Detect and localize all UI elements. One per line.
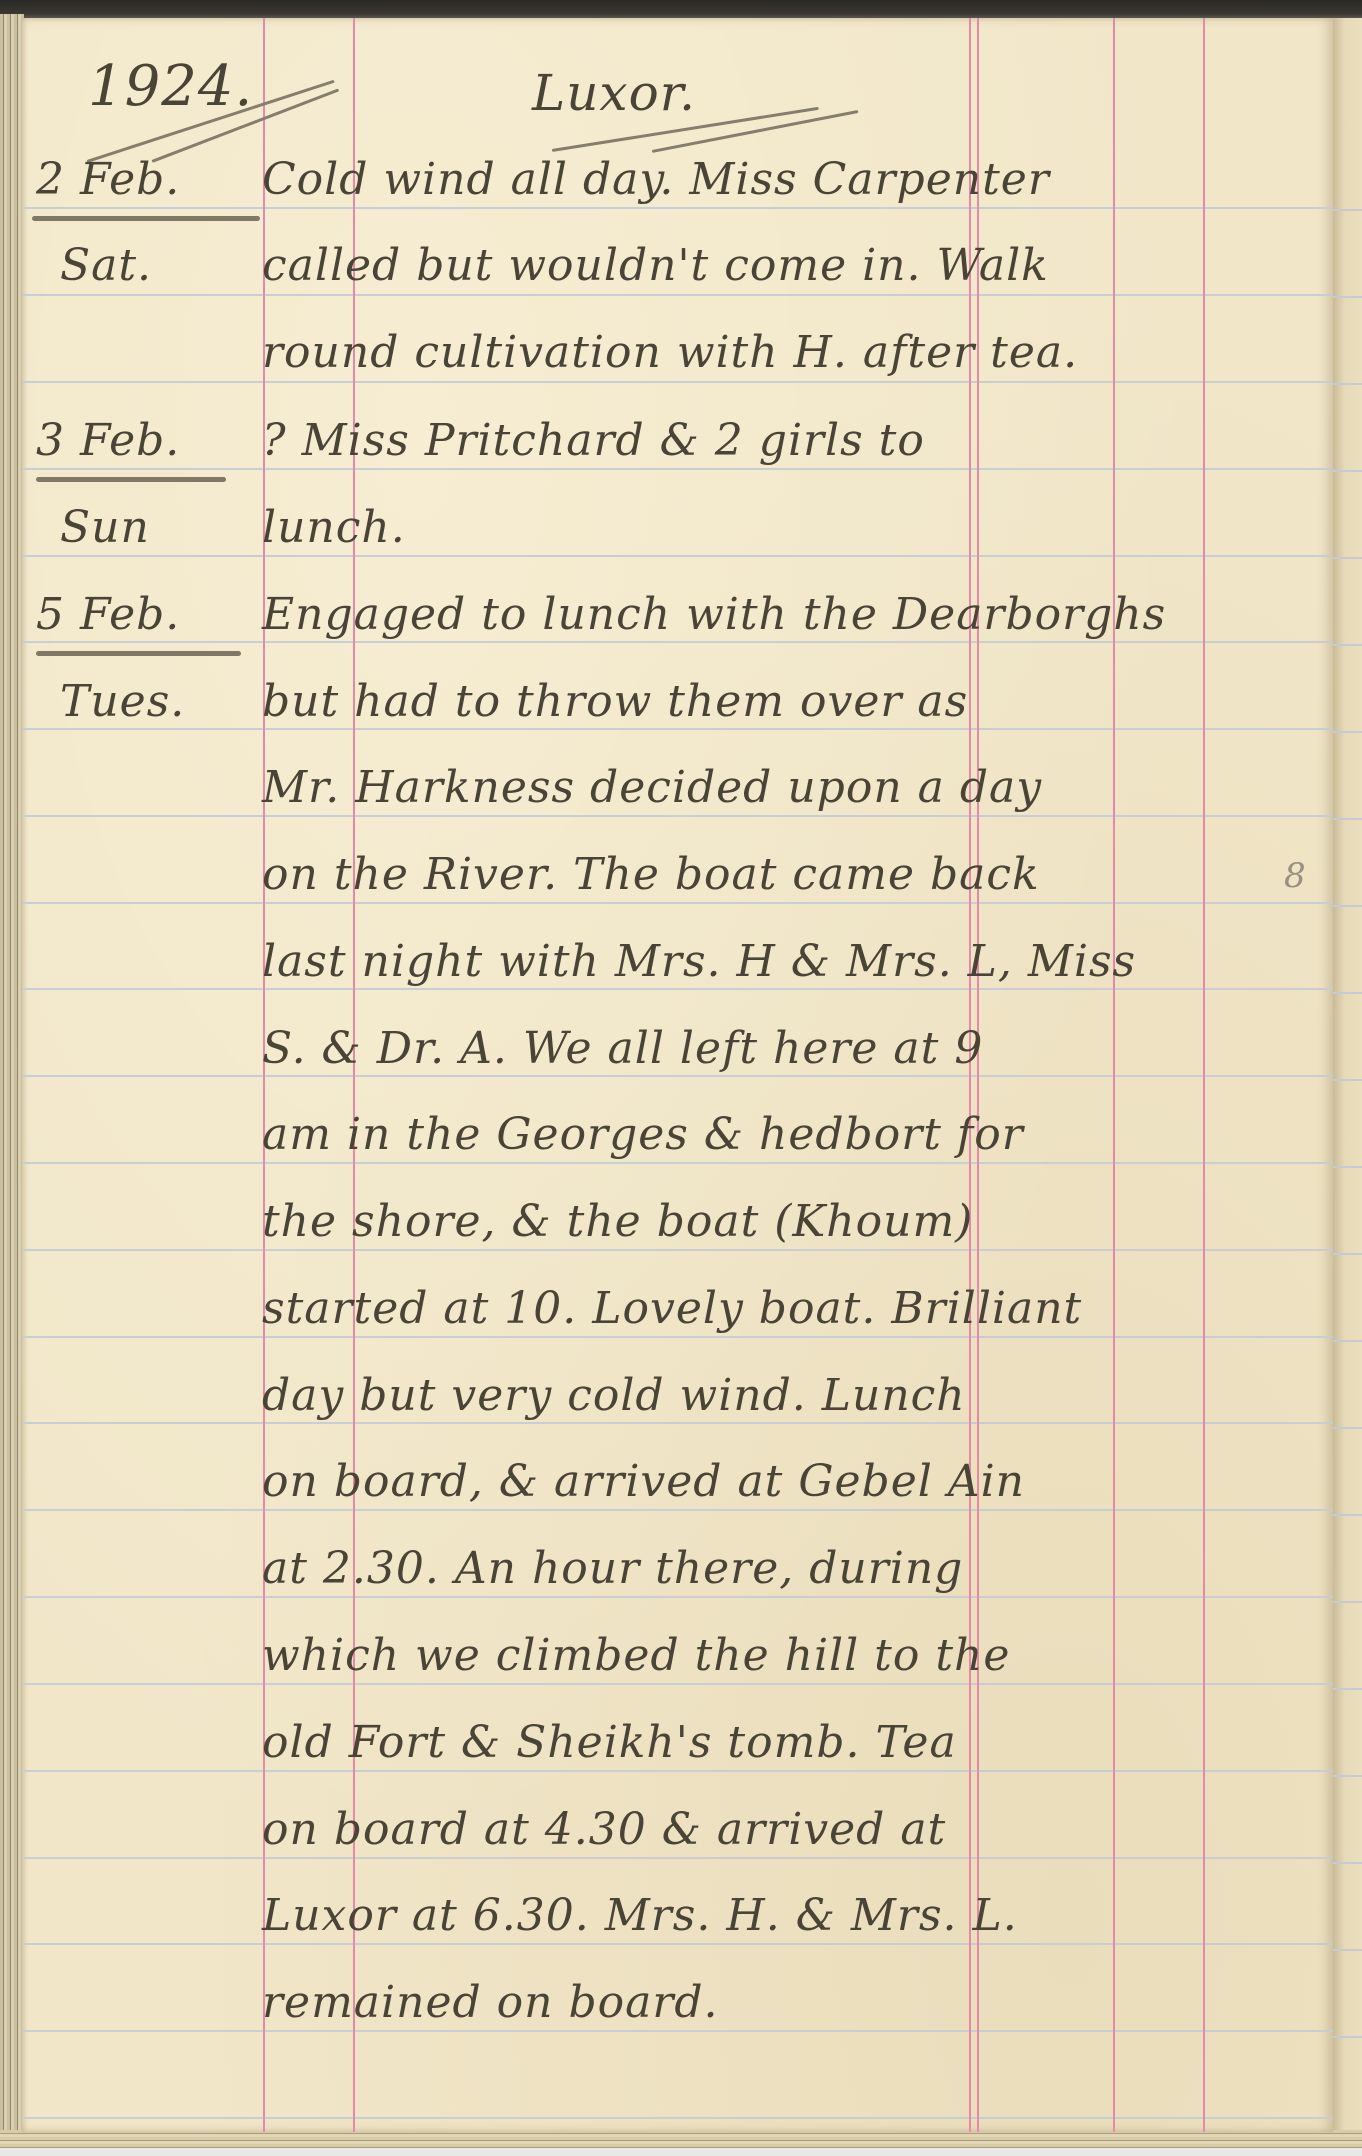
margin-rule xyxy=(1203,18,1205,2132)
ruled-line xyxy=(22,1770,1333,1772)
ruled-line xyxy=(22,1509,1333,1511)
text-line: S. & Dr. A. We all left here at 9 xyxy=(262,1023,983,1074)
text-line: started at 10. Lovely boat. Brilliant xyxy=(262,1283,1082,1334)
ruled-line xyxy=(22,1249,1333,1251)
text-line: lunch. xyxy=(262,502,406,553)
text-line: on board at 4.30 & arrived at xyxy=(262,1804,946,1855)
text-line: old Fort & Sheikh's tomb. Tea xyxy=(262,1717,957,1768)
text-line: on board, & arrived at Gebel Ain xyxy=(262,1456,1025,1507)
ruled-line xyxy=(22,1422,1333,1424)
text-line: called but wouldn't come in. Walk xyxy=(262,240,1049,291)
text-line: round cultivation with H. after tea. xyxy=(262,327,1078,378)
margin-rule xyxy=(1113,18,1115,2132)
ruled-line xyxy=(22,381,1333,383)
ruled-line xyxy=(22,988,1333,990)
page-stack-left-edge xyxy=(0,14,24,2150)
text-line: day but very cold wind. Lunch xyxy=(262,1370,966,1421)
entry-day: Sun xyxy=(60,502,150,553)
place-heading: Luxor. xyxy=(532,64,696,122)
ruled-line xyxy=(22,641,1333,643)
next-page-edge xyxy=(1333,18,1362,2138)
background xyxy=(0,2148,1362,2156)
text-line: which we climbed the hill to the xyxy=(262,1630,1010,1681)
date-underline xyxy=(36,477,226,482)
text-line: ? Miss Pritchard & 2 girls to xyxy=(262,415,925,466)
ruled-line xyxy=(22,1596,1333,1598)
ruled-line xyxy=(22,1943,1333,1945)
margin-note: 8 xyxy=(1284,856,1307,896)
text-line: remained on board. xyxy=(262,1977,719,2028)
text-line: Mr. Harkness decided upon a day xyxy=(262,762,1042,813)
text-line: the shore, & the boat (Khoum) xyxy=(262,1196,973,1247)
ruled-line xyxy=(22,815,1333,817)
ruled-line xyxy=(22,728,1333,730)
ruled-line xyxy=(22,468,1333,470)
ruled-line xyxy=(22,207,1333,209)
ruled-line xyxy=(22,1075,1333,1077)
text-line: am in the Georges & hedbort for xyxy=(262,1109,1024,1160)
text-line: on the River. The boat came back xyxy=(262,849,1040,900)
ruled-line xyxy=(22,1336,1333,1338)
entry-date: 3 Feb. xyxy=(36,415,180,466)
ruled-line xyxy=(22,1857,1333,1859)
date-underline xyxy=(32,216,260,221)
text-line: Luxor at 6.30. Mrs. H. & Mrs. L. xyxy=(262,1890,1018,1941)
text-line: Cold wind all day. Miss Carpenter xyxy=(262,154,1050,205)
entry-day: Sat. xyxy=(60,240,152,291)
entry-date: 2 Feb. xyxy=(36,154,180,205)
ruled-line xyxy=(22,2117,1333,2119)
entry-date: 5 Feb. xyxy=(36,589,180,640)
ruled-line xyxy=(22,555,1333,557)
entry-day: Tues. xyxy=(60,676,185,727)
ruled-line xyxy=(22,294,1333,296)
text-line: last night with Mrs. H & Mrs. L, Miss xyxy=(262,936,1136,987)
text-line: Engaged to lunch with the Dearborghs xyxy=(262,589,1166,640)
ruled-line xyxy=(22,1683,1333,1685)
ruled-line xyxy=(22,902,1333,904)
date-underline xyxy=(36,651,241,656)
ruled-line xyxy=(22,1162,1333,1164)
book-binding-top xyxy=(0,0,1362,20)
text-line: at 2.30. An hour there, during xyxy=(262,1543,963,1594)
page-stack-bottom-edge xyxy=(0,2130,1362,2150)
text-line: but had to throw them over as xyxy=(262,676,968,727)
diary-page: 1924. Luxor. 2 Feb. Sat. 3 Feb. Sun 5 Fe… xyxy=(22,18,1333,2132)
year-heading: 1924. xyxy=(88,54,253,119)
ruled-line xyxy=(22,2030,1333,2032)
